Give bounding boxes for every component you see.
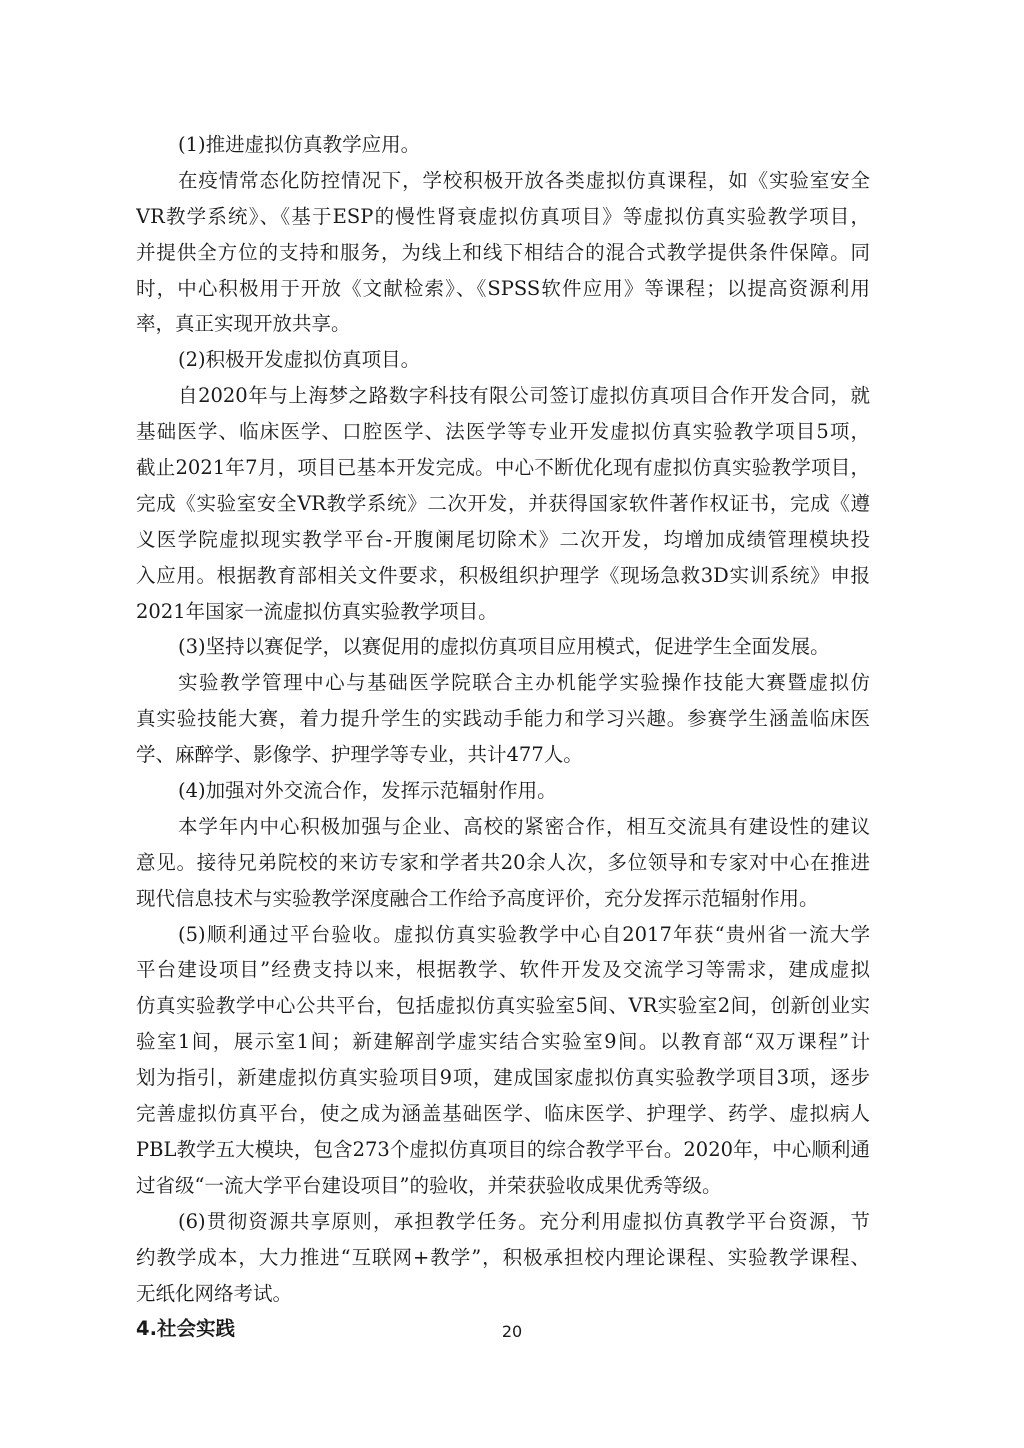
paragraph-line: 划为指引，新建虚拟仿真实验项目9项，建成国家虚拟仿真实验教学项目3项，逐步 (136, 1060, 870, 1096)
item-2-heading: (2)积极开发虚拟仿真项目。 (136, 342, 870, 378)
document-page: (1)推进虚拟仿真教学应用。 在疫情常态化防控情况下，学校积极开放各类虚拟仿真课… (0, 0, 1024, 1448)
paragraph-line: 入应用。根据教育部相关文件要求，积极组织护理学《现场急救3D实训系统》申报 (136, 558, 870, 594)
item-1-heading: (1)推进虚拟仿真教学应用。 (136, 127, 870, 163)
page-number: 20 (0, 1322, 1024, 1341)
paragraph-line: 约教学成本，大力推进“互联网+教学”，积极承担校内理论课程、实验教学课程、 (136, 1240, 870, 1276)
paragraph-line: 完善虚拟仿真平台，使之成为涵盖基础医学、临床医学、护理学、药学、虚拟病人 (136, 1096, 870, 1132)
paragraph-line: 在疫情常态化防控情况下，学校积极开放各类虚拟仿真课程，如《实验室安全 (136, 163, 870, 199)
paragraph-line: 并提供全方位的支持和服务，为线上和线下相结合的混合式教学提供条件保障。同 (136, 235, 870, 271)
paragraph-line: 2021年国家一流虚拟仿真实验教学项目。 (136, 594, 870, 630)
paragraph-line: 本学年内中心积极加强与企业、高校的紧密合作，相互交流具有建设性的建议 (136, 809, 870, 845)
paragraph-line: 义医学院虚拟现实教学平台-开腹阑尾切除术》二次开发，均增加成绩管理模块投 (136, 522, 870, 558)
paragraph-line: 率，真正实现开放共享。 (136, 306, 870, 342)
paragraph-line: 实验教学管理中心与基础医学院联合主办机能学实验操作技能大赛暨虚拟仿 (136, 665, 870, 701)
paragraph-line: PBL教学五大模块，包含273个虚拟仿真项目的综合教学平台。2020年，中心顺利… (136, 1132, 870, 1168)
paragraph-line: 意见。接待兄弟院校的来访专家和学者共20余人次，多位领导和专家对中心在推进 (136, 845, 870, 881)
paragraph-line: 基础医学、临床医学、口腔医学、法医学等专业开发虚拟仿真实验教学项目5项， (136, 414, 870, 450)
paragraph-line: VR教学系统》、《基于ESP的慢性肾衰虚拟仿真项目》等虚拟仿真实验教学项目， (136, 199, 870, 235)
paragraph-line: 平台建设项目”经费支持以来，根据教学、软件开发及交流学习等需求，建成虚拟 (136, 952, 870, 988)
paragraph-line: 验室1间，展示室1间；新建解剖学虚实结合实验室9间。以教育部“双万课程”计 (136, 1024, 870, 1060)
paragraph-line: 过省级“一流大学平台建设项目”的验收，并荣获验收成果优秀等级。 (136, 1168, 870, 1204)
paragraph-line: 完成《实验室安全VR教学系统》二次开发，并获得国家软件著作权证书，完成《遵 (136, 486, 870, 522)
paragraph-line: 学、麻醉学、影像学、护理学等专业，共计477人。 (136, 737, 870, 773)
page-content: (1)推进虚拟仿真教学应用。 在疫情常态化防控情况下，学校积极开放各类虚拟仿真课… (136, 127, 870, 1347)
paragraph-line: 时，中心积极用于开放《文献检索》、《SPSS软件应用》等课程；以提高资源利用 (136, 271, 870, 307)
item-5-line: (5)顺利通过平台验收。虚拟仿真实验教学中心自2017年获“贵州省一流大学 (136, 917, 870, 953)
paragraph-line: 真实验技能大赛，着力提升学生的实践动手能力和学习兴趣。参赛学生涵盖临床医 (136, 701, 870, 737)
paragraph-line: 截止2021年7月，项目已基本开发完成。中心不断优化现有虚拟仿真实验教学项目， (136, 450, 870, 486)
item-6-line: (6)贯彻资源共享原则，承担教学任务。充分利用虚拟仿真教学平台资源，节 (136, 1204, 870, 1240)
paragraph-line: 现代信息技术与实验教学深度融合工作给予高度评价，充分发挥示范辐射作用。 (136, 881, 870, 917)
paragraph-line: 无纸化网络考试。 (136, 1276, 870, 1312)
item-4-heading: (4)加强对外交流合作，发挥示范辐射作用。 (136, 773, 870, 809)
paragraph-line: 仿真实验教学中心公共平台，包括虚拟仿真实验室5间、VR实验室2间，创新创业实 (136, 988, 870, 1024)
item-3-heading: (3)坚持以赛促学，以赛促用的虚拟仿真项目应用模式，促进学生全面发展。 (136, 629, 870, 665)
paragraph-line: 自2020年与上海梦之路数字科技有限公司签订虚拟仿真项目合作开发合同，就 (136, 378, 870, 414)
